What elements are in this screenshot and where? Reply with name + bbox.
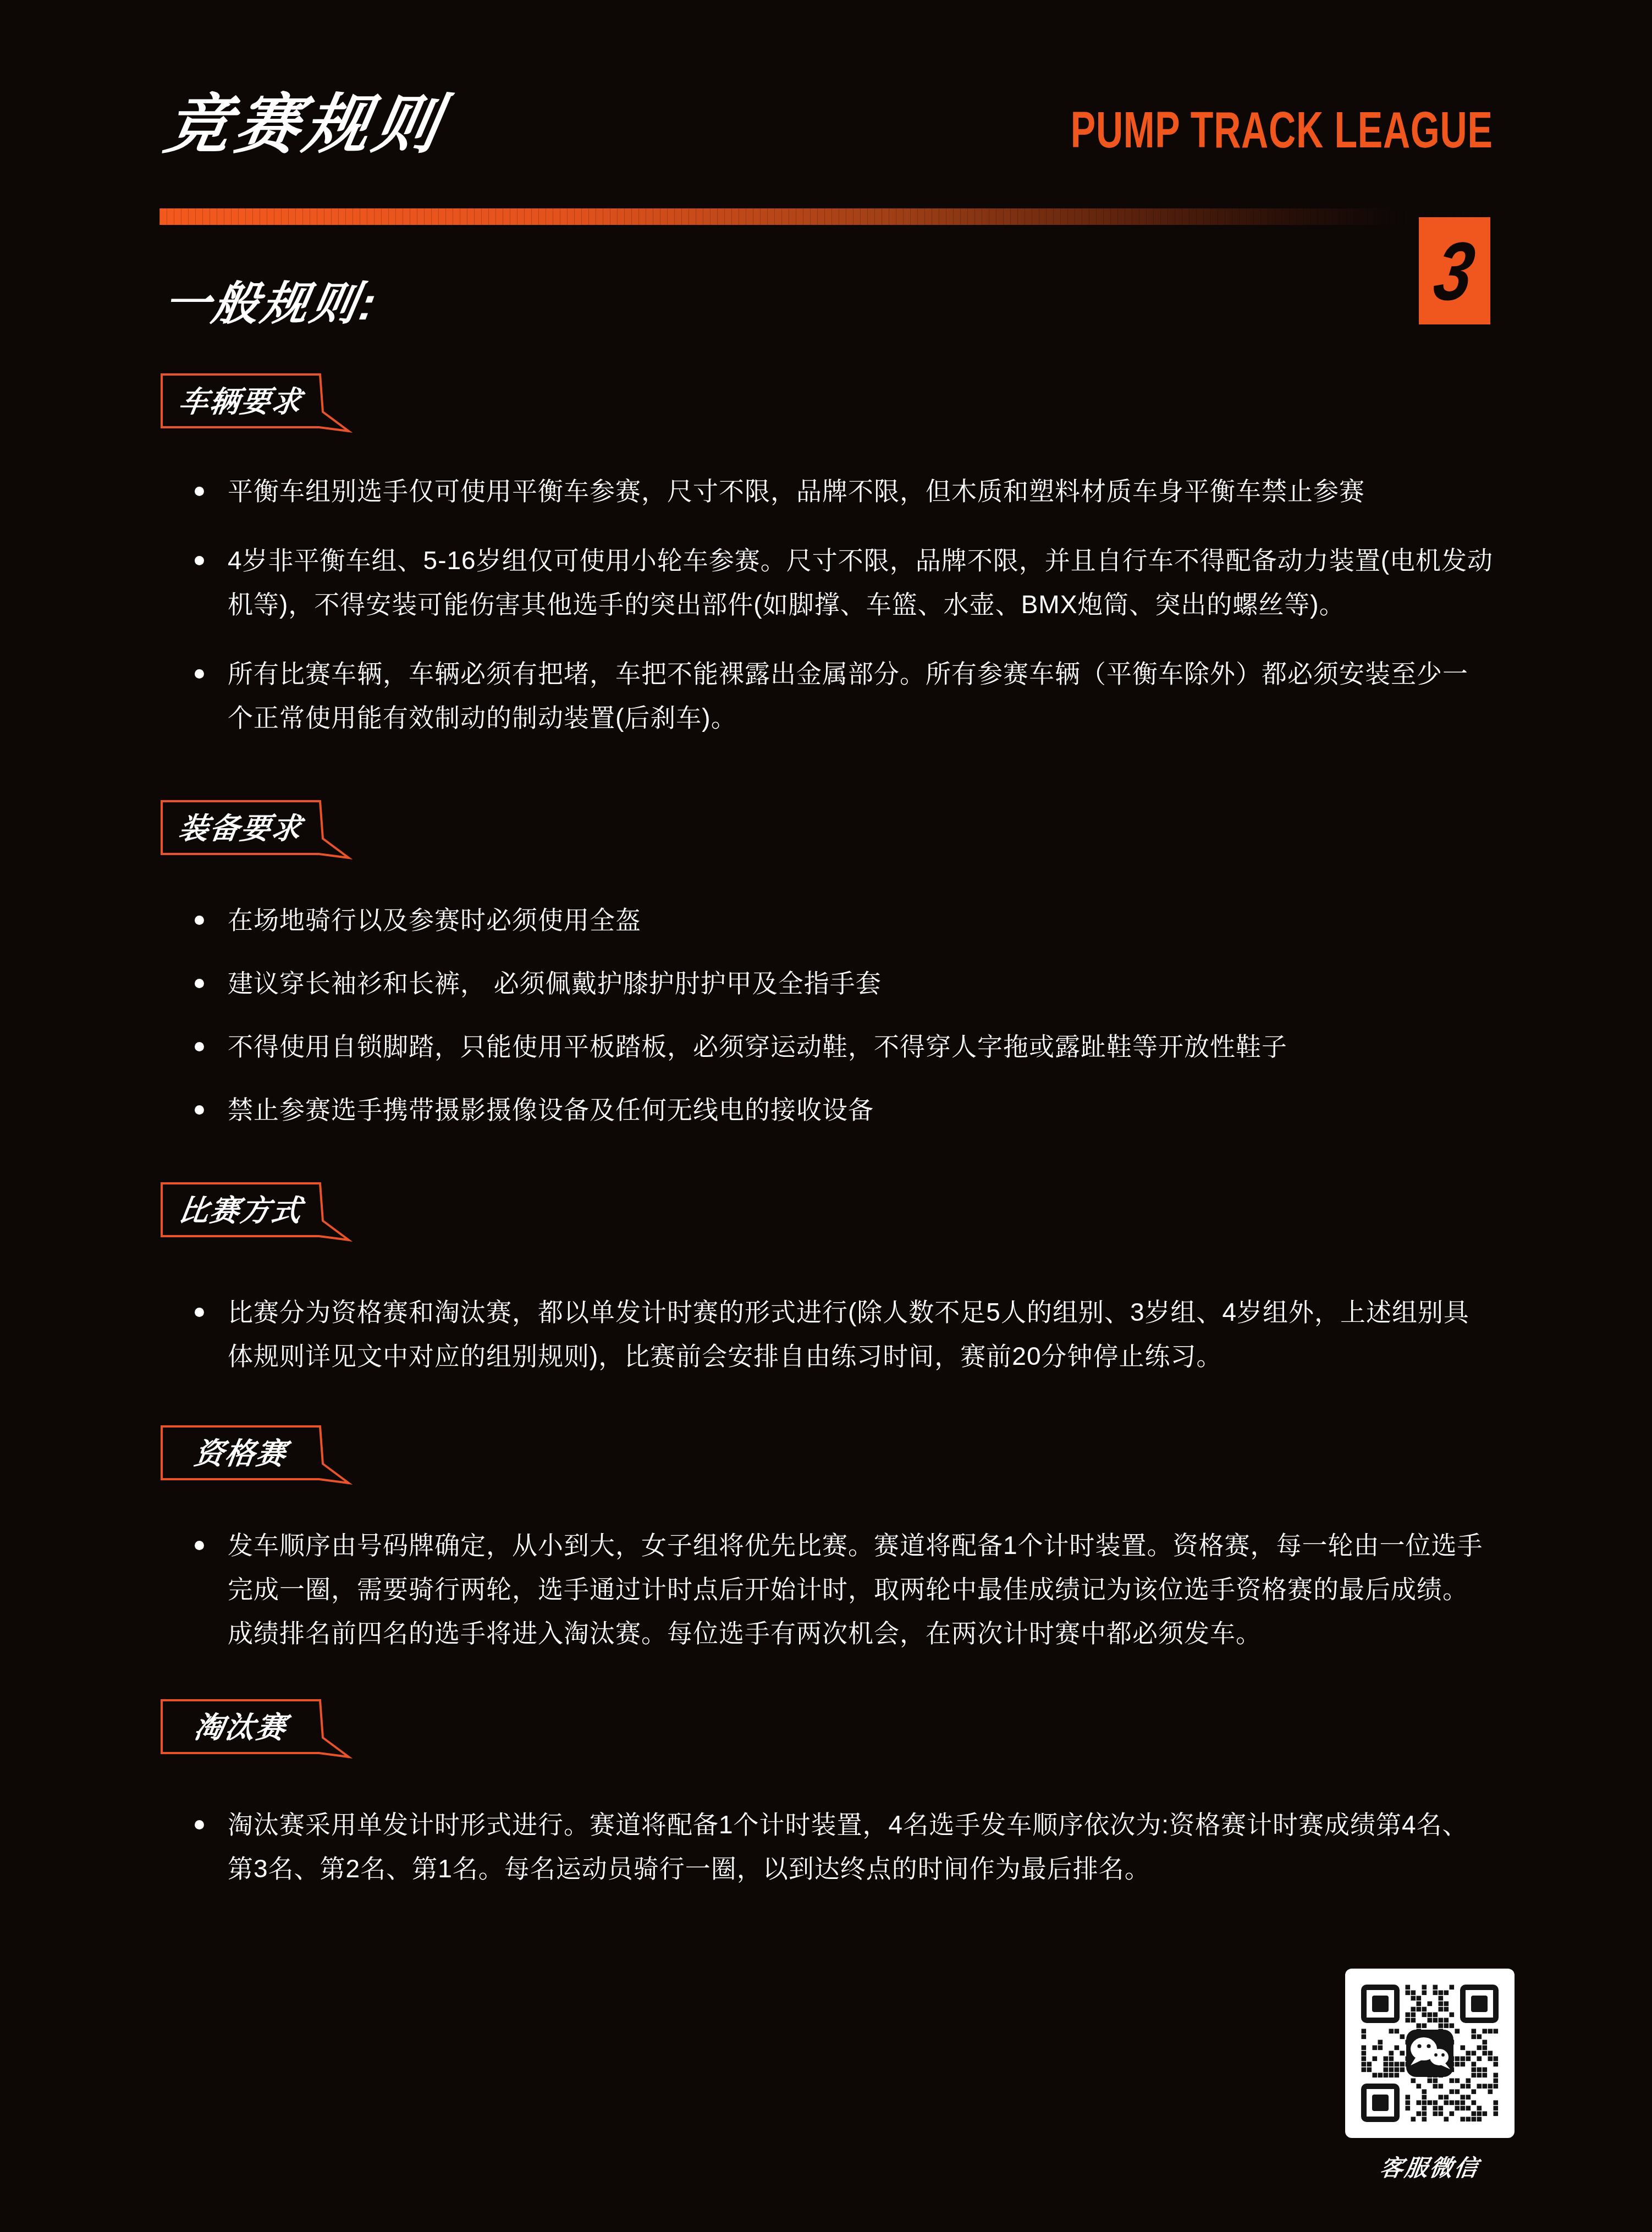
wechat-qr-code — [1345, 1969, 1515, 2138]
bullet-item: 所有比赛车辆，车辆必须有把堵，车把不能裸露出金属部分。所有参赛车辆（平衡车除外）… — [228, 652, 1493, 740]
badge-label: 资格赛 — [192, 1430, 290, 1473]
page-number: 3 — [1429, 230, 1480, 312]
header: 竞赛规则 PUMP TRACK LEAGUE — [159, 88, 1493, 163]
bullet-list: 平衡车组别选手仅可使用平衡车参赛，尺寸不限，品牌不限，但木质和塑料材质车身平衡车… — [159, 469, 1493, 740]
badge-label: 淘汰赛 — [192, 1704, 290, 1746]
bullet-list: 在场地骑行以及参赛时必须使用全盔建议穿长袖衫和长裤， 必须佩戴护膝护肘护甲及全指… — [159, 898, 1493, 1132]
bullet-item: 发车顺序由号码牌确定，从小到大，女子组将优先比赛。赛道将配备1个计时装置。资格赛… — [228, 1523, 1493, 1655]
bullet-list: 比赛分为资格赛和淘汰赛，都以单发计时赛的形式进行(除人数不足5人的组别、3岁组、… — [159, 1290, 1493, 1378]
sections: 车辆要求 平衡车组别选手仅可使用平衡车参赛，尺寸不限，品牌不限，但木质和塑料材质… — [159, 372, 1493, 1891]
brand-logo: PUMP TRACK LEAGUE — [1071, 102, 1493, 159]
section-badge: 淘汰赛 — [159, 1698, 322, 1753]
rules-page: 竞赛规则 PUMP TRACK LEAGUE 一般规则: 车辆要求 平衡车组别选… — [0, 0, 1652, 2232]
rules-section: 装备要求 在场地骑行以及参赛时必须使用全盔建议穿长袖衫和长裤， 必须佩戴护膝护肘… — [159, 799, 1493, 1132]
rules-section: 资格赛 发车顺序由号码牌确定，从小到大，女子组将优先比赛。赛道将配备1个计时装置… — [159, 1424, 1493, 1655]
page-number-badge: 3 — [1419, 217, 1490, 324]
badge-label: 车辆要求 — [177, 378, 306, 421]
bullet-item: 不得使用自锁脚踏，只能使用平板踏板，必须穿运动鞋，不得穿人字拖或露趾鞋等开放性鞋… — [228, 1024, 1493, 1068]
bullet-list: 淘汰赛采用单发计时形式进行。赛道将配备1个计时装置，4名选手发车顺序依次为:资格… — [159, 1803, 1493, 1891]
bullet-list: 发车顺序由号码牌确定，从小到大，女子组将优先比赛。赛道将配备1个计时装置。资格赛… — [159, 1523, 1493, 1655]
bullet-item: 比赛分为资格赛和淘汰赛，都以单发计时赛的形式进行(除人数不足5人的组别、3岁组、… — [228, 1290, 1493, 1378]
page-title: 竞赛规则 — [159, 88, 450, 163]
bullet-item: 平衡车组别选手仅可使用平衡车参赛，尺寸不限，品牌不限，但木质和塑料材质车身平衡车… — [228, 469, 1493, 513]
bullet-item: 禁止参赛选手携带摄影摄像设备及任何无线电的接收设备 — [228, 1088, 1493, 1132]
qr-label: 客服微信 — [1378, 2150, 1482, 2183]
badge-label: 比赛方式 — [177, 1187, 306, 1230]
section-badge: 装备要求 — [159, 799, 322, 854]
bullet-item: 建议穿长袖衫和长裤， 必须佩戴护膝护肘护甲及全指手套 — [228, 961, 1493, 1005]
badge-label: 装备要求 — [177, 805, 306, 847]
general-rules-heading: 一般规则: — [159, 278, 383, 330]
section-badge: 资格赛 — [159, 1424, 322, 1479]
accent-bar — [159, 208, 1493, 225]
bullet-item: 淘汰赛采用单发计时形式进行。赛道将配备1个计时装置，4名选手发车顺序依次为:资格… — [228, 1803, 1493, 1891]
bullet-item: 4岁非平衡车组、5-16岁组仅可使用小轮车参赛。尺寸不限，品牌不限，并且自行车不… — [228, 538, 1493, 626]
bullet-item: 在场地骑行以及参赛时必须使用全盔 — [228, 898, 1493, 942]
section-badge: 比赛方式 — [159, 1181, 322, 1236]
rules-section: 车辆要求 平衡车组别选手仅可使用平衡车参赛，尺寸不限，品牌不限，但木质和塑料材质… — [159, 372, 1493, 740]
rules-section: 比赛方式 比赛分为资格赛和淘汰赛，都以单发计时赛的形式进行(除人数不足5人的组别… — [159, 1181, 1493, 1378]
rules-section: 淘汰赛 淘汰赛采用单发计时形式进行。赛道将配备1个计时装置，4名选手发车顺序依次… — [159, 1698, 1493, 1891]
qr-block: 客服微信 — [1345, 1969, 1515, 2183]
section-badge: 车辆要求 — [159, 372, 322, 427]
